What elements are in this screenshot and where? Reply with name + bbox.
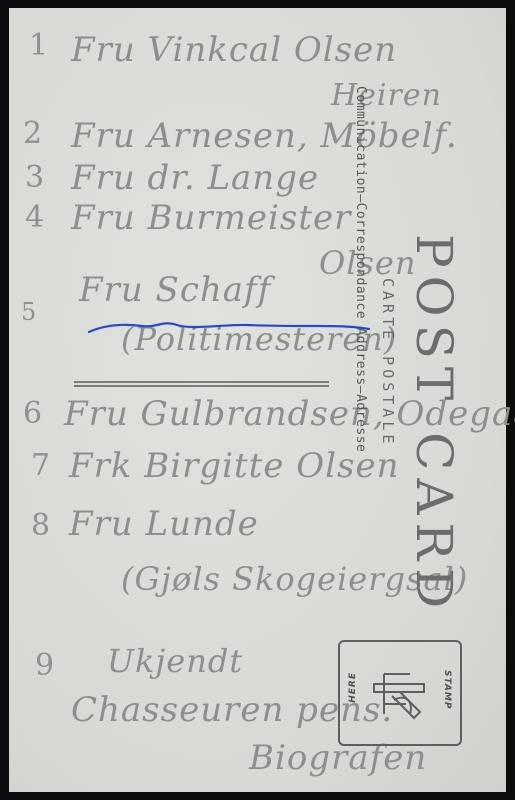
entry-line: Ukjendt bbox=[107, 642, 243, 680]
blue-strikethrough-line bbox=[87, 318, 377, 338]
stamp-label-stamp: STAMP bbox=[442, 670, 452, 709]
entry-number: 2 bbox=[23, 116, 42, 151]
entry-line: Frk Birgitte Olsen bbox=[69, 446, 399, 486]
entry-number: 8 bbox=[31, 508, 50, 543]
carte-postale-subtitle: CARTE POSTALE bbox=[379, 278, 397, 447]
entry-line: Fru Vinkcal Olsen bbox=[71, 30, 397, 70]
entry-number: 7 bbox=[31, 448, 50, 483]
entry-number: 5 bbox=[21, 298, 36, 326]
entry-line: Heiren bbox=[331, 78, 442, 113]
stamp-box: HERE STAMP bbox=[338, 640, 462, 746]
entry-line: Fru Burmeister bbox=[71, 198, 351, 238]
entry-number: 3 bbox=[25, 160, 44, 195]
entry-line: Fru Lunde bbox=[69, 504, 259, 544]
postcard-back: 1 Fru Vinkcal Olsen Heiren 2 Fru Arnesen… bbox=[9, 8, 506, 792]
entry-number: 9 bbox=[35, 648, 54, 683]
entry-number: 4 bbox=[25, 200, 44, 235]
entry-line-struck: Fru Schaff bbox=[79, 270, 271, 310]
communication-address-divider: Communication—Correspondance Address—Adr… bbox=[353, 86, 368, 452]
stamp-logo-icon bbox=[370, 670, 432, 722]
printed-double-rule bbox=[74, 381, 329, 387]
entry-number: 6 bbox=[23, 396, 42, 431]
entry-line: Fru dr. Lange bbox=[71, 158, 319, 198]
entry-number: 1 bbox=[29, 28, 48, 63]
post-card-title: POST CARD bbox=[405, 234, 463, 616]
stamp-label-here: HERE bbox=[348, 672, 358, 703]
entry-line: Fru Arnesen, Möbelf. bbox=[71, 116, 458, 156]
